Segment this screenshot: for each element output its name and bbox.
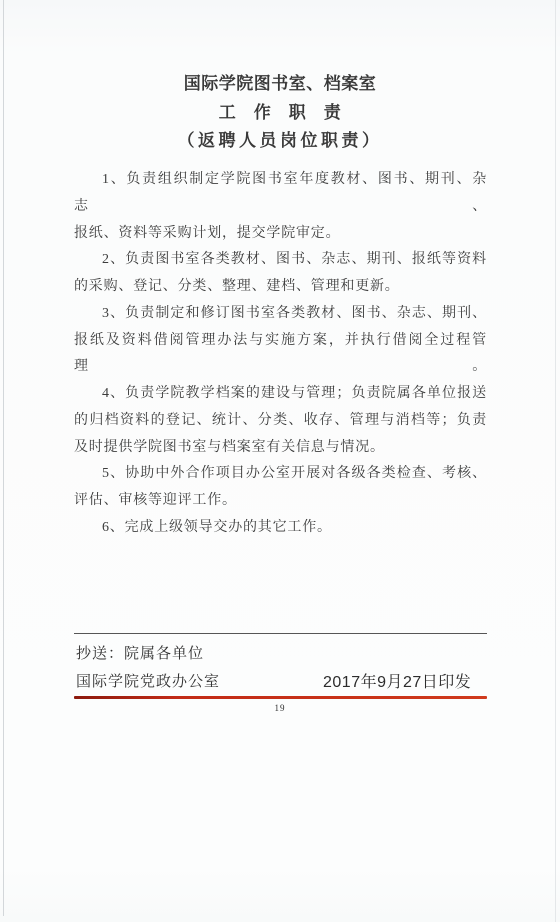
paragraph-line: 的归档资料的登记、统计、分类、收存、管理与消档等；负责	[74, 408, 487, 435]
issue-date: 2017年9月27日印发	[323, 669, 471, 692]
paragraph-line: 报纸、资料等采购计划，提交学院审定。	[74, 221, 487, 248]
paragraph-line: 评估、审核等迎评工作。	[74, 488, 487, 515]
paragraph-line: 5、协助中外合作项目办公室开展对各级各类检查、考核、	[74, 461, 487, 488]
paragraph-6: 6、完成上级领导交办的其它工作。	[74, 515, 487, 542]
document-body: 1、负责组织制定学院图书室年度教材、图书、期刊、杂志、 报纸、资料等采购计划，提…	[74, 167, 487, 542]
document-header: 国际学院图书室、档案室 工 作 职 责 （返聘人员岗位职责）	[0, 70, 560, 156]
paragraph-1: 1、负责组织制定学院图书室年度教材、图书、期刊、杂志、 报纸、资料等采购计划，提…	[74, 167, 487, 247]
paragraph-line: 6、完成上级领导交办的其它工作。	[74, 515, 487, 542]
document-subtitle-note: （返聘人员岗位职责）	[0, 127, 560, 156]
scanned-document-page: 国际学院图书室、档案室 工 作 职 责 （返聘人员岗位职责） 1、负责组织制定学…	[0, 0, 560, 922]
paragraph-4: 4、负责学院教学档案的建设与管理；负责院属各单位报送 的归档资料的登记、统计、分…	[74, 381, 487, 461]
document-subtitle: 工 作 职 责	[0, 99, 560, 128]
paragraph-line: 1、负责组织制定学院图书室年度教材、图书、期刊、杂志、	[74, 167, 487, 221]
paragraph-2: 2、负责图书室各类教材、图书、杂志、期刊、报纸等资料 的采购、登记、分类、整理、…	[74, 247, 487, 301]
issuing-office: 国际学院党政办公室	[76, 670, 220, 691]
cc-recipients: 抄送：院属各单位	[76, 642, 204, 663]
paragraph-5: 5、协助中外合作项目办公室开展对各级各类检查、考核、 评估、审核等迎评工作。	[74, 461, 487, 515]
paragraph-line: 3、负责制定和修订图书室各类教材、图书、杂志、期刊、	[74, 301, 487, 328]
paragraph-line: 4、负责学院教学档案的建设与管理；负责院属各单位报送	[74, 381, 487, 408]
paragraph-line: 及时提供学院图书室与档案室有关信息与情况。	[74, 435, 487, 462]
document-colophon: 抄送：院属各单位 国际学院党政办公室 2017年9月27日印发	[74, 633, 487, 634]
page-number: 19	[0, 703, 560, 713]
red-rule-line	[74, 696, 487, 699]
colophon-separator-line	[74, 633, 487, 634]
paragraph-line: 报纸及资料借阅管理办法与实施方案，并执行借阅全过程管理。	[74, 328, 487, 382]
document-title: 国际学院图书室、档案室	[0, 70, 560, 99]
paragraph-3: 3、负责制定和修订图书室各类教材、图书、杂志、期刊、 报纸及资料借阅管理办法与实…	[74, 301, 487, 381]
paragraph-line: 2、负责图书室各类教材、图书、杂志、期刊、报纸等资料	[74, 247, 487, 274]
paragraph-line: 的采购、登记、分类、整理、建档、管理和更新。	[74, 274, 487, 301]
